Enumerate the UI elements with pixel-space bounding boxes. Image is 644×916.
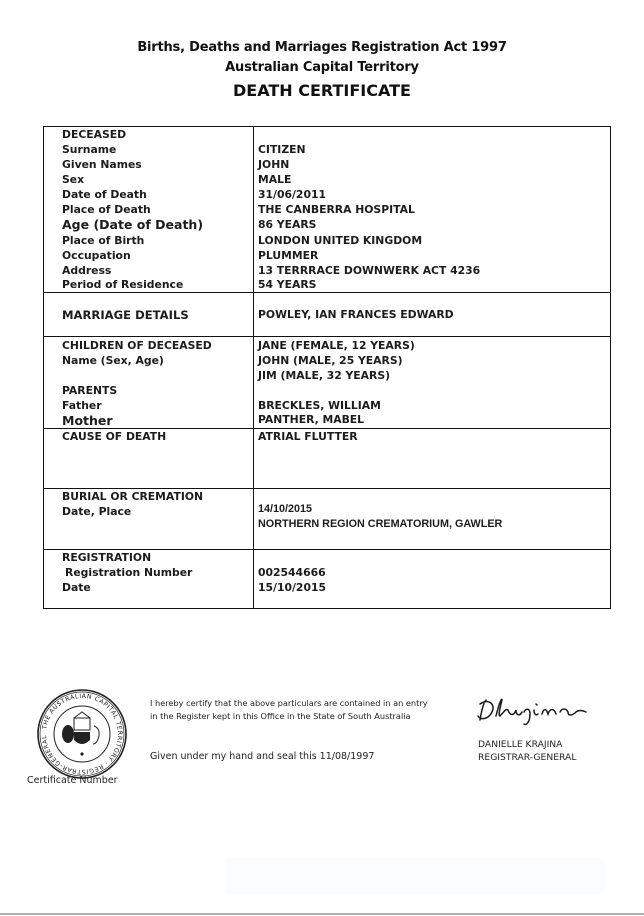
official-seal-icon: THE AUSTRALIAN CAPITAL TERRITORY · REGIS… [36, 688, 128, 780]
certify-line: in the Register kept in this Office in t… [150, 710, 428, 723]
deceased-section-label: DECEASED [62, 127, 126, 142]
children-sub-label: Name (Sex, Age) [62, 353, 164, 368]
registrar-name: DANIELLE KRAJINA [478, 738, 576, 751]
surname-value: CITIZEN [258, 142, 306, 157]
document-title: DEATH CERTIFICATE [0, 81, 644, 100]
burial-place-value: NORTHERN REGION CREMATORIUM, GAWLER [258, 517, 502, 532]
surname-label: Surname [62, 142, 116, 157]
burial-sub-label: Date, Place [62, 504, 131, 519]
child-value: JIM (MALE, 32 YEARS) [258, 368, 390, 383]
sex-value: MALE [258, 172, 291, 187]
place-of-death-label: Place of Death [62, 202, 151, 217]
page-bottom-edge [0, 913, 644, 915]
place-of-death-value: THE CANBERRA HOSPITAL [258, 202, 415, 217]
registration-date-label: Date [62, 580, 91, 595]
father-value: BRECKLES, WILLIAM [258, 398, 381, 413]
burial-date-value: 14/10/2015 [258, 502, 312, 517]
occupation-label: Occupation [62, 248, 131, 263]
act-heading: Births, Deaths and Marriages Registratio… [0, 40, 644, 55]
territory-heading: Australian Capital Territory [0, 60, 644, 75]
marriage-details-label: MARRIAGE DETAILS [62, 308, 189, 323]
row-divider [44, 336, 610, 337]
column-divider [253, 127, 254, 608]
registrar-signature [474, 694, 604, 728]
age-value: 86 YEARS [258, 217, 316, 232]
child-value: JOHN (MALE, 25 YEARS) [258, 353, 403, 368]
faint-watermark-area [225, 858, 605, 894]
address-label: Address [62, 263, 111, 278]
place-of-birth-label: Place of Birth [62, 233, 144, 248]
certificate-number-label: Certificate Number [27, 775, 118, 786]
mother-value: PANTHER, MABEL [258, 412, 364, 427]
registration-date-value: 15/10/2015 [258, 580, 326, 595]
burial-section-label: BURIAL OR CREMATION [62, 489, 203, 504]
registrar-title: REGISTRAR-GENERAL [478, 751, 576, 764]
age-label: Age (Date of Death) [62, 217, 203, 232]
cause-of-death-label: CAUSE OF DEATH [62, 429, 166, 444]
certify-line: I hereby certify that the above particul… [150, 697, 428, 710]
given-names-label: Given Names [62, 157, 142, 172]
parents-section-label: PARENTS [62, 383, 117, 398]
certificate-table: DECEASED Surname CITIZEN Given Names JOH… [43, 126, 611, 609]
father-label: Father [62, 398, 102, 413]
cause-of-death-value: ATRIAL FLUTTER [258, 429, 358, 444]
date-of-death-label: Date of Death [62, 187, 147, 202]
address-value: 13 TERRRACE DOWNWERK ACT 4236 [258, 263, 480, 278]
registration-number-value: 002544666 [258, 565, 326, 580]
registrar-block: DANIELLE KRAJINA REGISTRAR-GENERAL [478, 738, 576, 764]
period-of-residence-value: 54 YEARS [258, 277, 316, 292]
mother-label: Mother [62, 413, 113, 428]
children-section-label: CHILDREN OF DECEASED [62, 338, 212, 353]
occupation-value: PLUMMER [258, 248, 318, 263]
registration-number-label: Registration Number [65, 565, 192, 580]
period-of-residence-label: Period of Residence [62, 277, 183, 292]
place-of-birth-value: LONDON UNITED KINGDOM [258, 233, 422, 248]
given-under-seal-text: Given under my hand and seal this 11/08/… [150, 751, 374, 762]
child-value: JANE (FEMALE, 12 YEARS) [258, 338, 415, 353]
given-names-value: JOHN [258, 157, 289, 172]
registration-section-label: REGISTRATION [62, 550, 151, 565]
certification-statement: I hereby certify that the above particul… [150, 697, 428, 723]
date-of-death-value: 31/06/2011 [258, 187, 326, 202]
sex-label: Sex [62, 172, 84, 187]
marriage-details-value: POWLEY, IAN FRANCES EDWARD [258, 307, 454, 322]
